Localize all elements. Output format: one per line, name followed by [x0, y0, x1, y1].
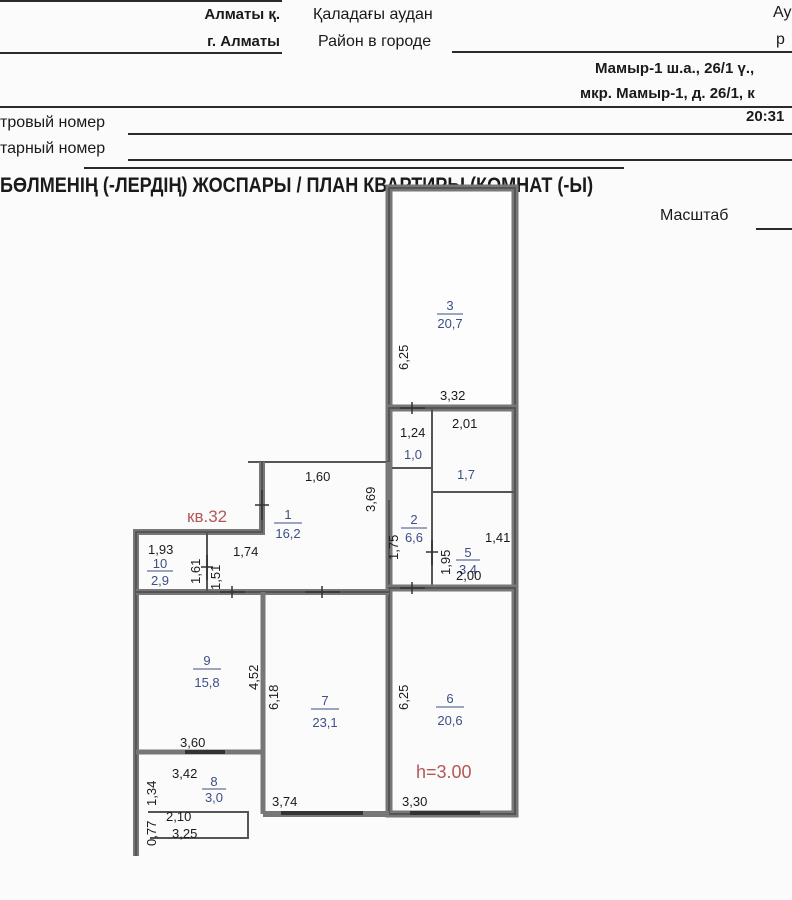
room-7-area: 23,1: [312, 715, 337, 730]
svg-text:2,00: 2,00: [456, 568, 481, 583]
svg-text:1,74: 1,74: [233, 544, 258, 559]
room-8-number: 8: [210, 774, 217, 789]
ceiling-height: h=3.00: [416, 762, 472, 782]
svg-text:1,34: 1,34: [144, 781, 159, 806]
svg-text:3,25: 3,25: [172, 826, 197, 841]
room-2-number: 2: [410, 512, 417, 527]
svg-text:1,51: 1,51: [208, 565, 223, 590]
svg-text:3,74: 3,74: [272, 794, 297, 809]
room-1-area: 16,2: [275, 526, 300, 541]
svg-text:1,95: 1,95: [438, 550, 453, 575]
svg-text:3,69: 3,69: [363, 487, 378, 512]
svg-text:3,60: 3,60: [180, 735, 205, 750]
floor-plan: 3 20,7 1,0 4 1,7 1 16,2 2 6,6 5 3,4 10 2…: [0, 0, 792, 900]
svg-text:3,30: 3,30: [402, 794, 427, 809]
svg-text:1,41: 1,41: [485, 530, 510, 545]
room-6-area: 20,6: [437, 713, 462, 728]
svg-text:2,10: 2,10: [166, 809, 191, 824]
room-5-number: 5: [464, 545, 471, 560]
room-1-number: 1: [284, 507, 291, 522]
svg-text:1,60: 1,60: [305, 469, 330, 484]
room-3-number: 3: [446, 298, 453, 313]
room-4-area: 1,7: [457, 467, 475, 482]
svg-text:3,42: 3,42: [172, 766, 197, 781]
room-2-area: 6,6: [405, 530, 423, 545]
room-3-area: 20,7: [437, 316, 462, 331]
room-10-area: 2,9: [151, 573, 169, 588]
windows: [185, 750, 480, 815]
room-10-number: 10: [153, 556, 167, 571]
room-6-number: 6: [446, 691, 453, 706]
svg-text:1,75: 1,75: [386, 535, 401, 560]
room-9-number: 9: [203, 653, 210, 668]
room-8-area: 3,0: [205, 790, 223, 805]
svg-text:3,32: 3,32: [440, 388, 465, 403]
svg-text:6,25: 6,25: [396, 345, 411, 370]
svg-text:6,25: 6,25: [396, 685, 411, 710]
svg-text:1,61: 1,61: [188, 559, 203, 584]
svg-text:2,01: 2,01: [452, 416, 477, 431]
apartment-label: кв.32: [187, 507, 227, 526]
svg-text:6,18: 6,18: [266, 685, 281, 710]
room-9-area: 15,8: [194, 675, 219, 690]
svg-text:1,93: 1,93: [148, 542, 173, 557]
svg-text:0,77: 0,77: [144, 821, 159, 846]
svg-text:1,24: 1,24: [400, 425, 425, 440]
room-7-number: 7: [321, 693, 328, 708]
room-11-area: 1,0: [404, 447, 422, 462]
svg-text:4,52: 4,52: [246, 665, 261, 690]
